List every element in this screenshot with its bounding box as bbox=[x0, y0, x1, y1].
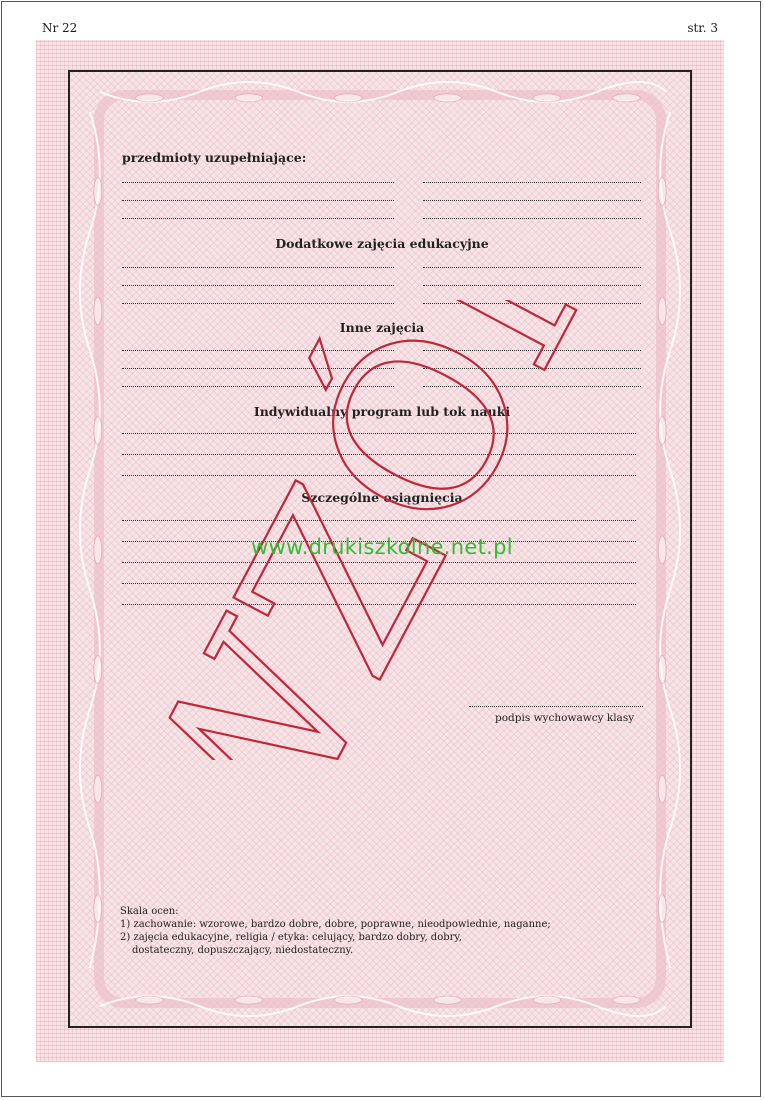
grading-scale-subjects: 2) zajęcia edukacyjne, religia / etyka: … bbox=[120, 931, 462, 944]
grading-scale-title: Skala ocen: bbox=[120, 905, 179, 918]
other-line[interactable] bbox=[423, 350, 641, 351]
form-number: Nr 22 bbox=[42, 21, 77, 35]
individual-line[interactable] bbox=[122, 454, 636, 455]
achievements-line[interactable] bbox=[122, 604, 636, 605]
supplementary-line[interactable] bbox=[122, 218, 394, 219]
individual-line[interactable] bbox=[122, 433, 636, 434]
supplementary-subjects-title: przedmioty uzupełniające: bbox=[122, 150, 306, 165]
other-line[interactable] bbox=[122, 350, 394, 351]
other-line[interactable] bbox=[122, 368, 394, 369]
other-classes-title: Inne zajęcia bbox=[0, 320, 764, 335]
signature-line[interactable] bbox=[469, 706, 643, 707]
additional-line[interactable] bbox=[423, 285, 641, 286]
additional-line[interactable] bbox=[122, 285, 394, 286]
supplementary-line[interactable] bbox=[423, 200, 641, 201]
other-line[interactable] bbox=[423, 368, 641, 369]
signature-label: podpis wychowawcy klasy bbox=[495, 712, 634, 725]
additional-classes-title: Dodatkowe zajęcia edukacyjne bbox=[0, 236, 764, 251]
additional-line[interactable] bbox=[122, 267, 394, 268]
supplementary-line[interactable] bbox=[122, 200, 394, 201]
individual-program-title: Indywidualny program lub tok nauki bbox=[0, 404, 764, 419]
achievements-line[interactable] bbox=[122, 562, 636, 563]
additional-line[interactable] bbox=[423, 303, 641, 304]
additional-line[interactable] bbox=[423, 267, 641, 268]
achievements-line[interactable] bbox=[122, 583, 636, 584]
supplementary-line[interactable] bbox=[423, 182, 641, 183]
individual-line[interactable] bbox=[122, 475, 636, 476]
achievements-title: Szczególne osiągnięcia bbox=[0, 490, 764, 505]
grading-scale-subjects-cont: dostateczny, dopuszczający, niedostatecz… bbox=[132, 944, 353, 957]
supplementary-line[interactable] bbox=[122, 182, 394, 183]
grading-scale-behaviour: 1) zachowanie: wzorowe, bardzo dobre, do… bbox=[120, 918, 551, 931]
page-number: str. 3 bbox=[687, 21, 718, 35]
additional-line[interactable] bbox=[122, 303, 394, 304]
achievements-line[interactable] bbox=[122, 520, 636, 521]
other-line[interactable] bbox=[423, 386, 641, 387]
other-line[interactable] bbox=[122, 386, 394, 387]
website-url: www.drukiszkolne.net.pl bbox=[0, 535, 764, 559]
supplementary-line[interactable] bbox=[423, 218, 641, 219]
